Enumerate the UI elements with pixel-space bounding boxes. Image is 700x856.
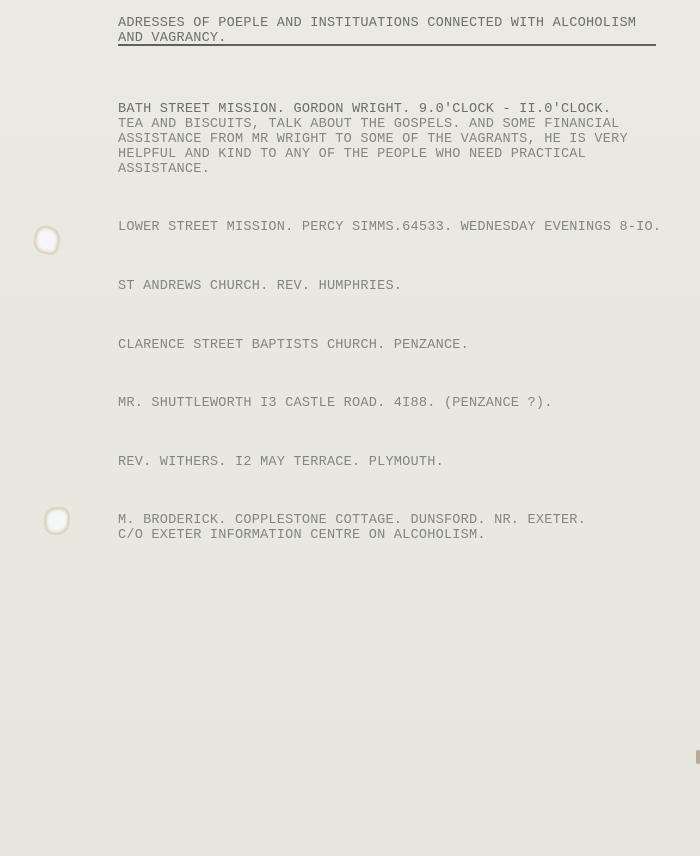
- document-title-line-1: ADRESSES OF POEPLE AND INSTITUATIONS CON…: [118, 16, 636, 32]
- entry-line: M. BRODERICK. COPPLESTONE COTTAGE. DUNSF…: [118, 513, 586, 529]
- paper-edge-mark: [696, 750, 700, 764]
- entry-line: LOWER STREET MISSION. PERCY SIMMS.64533.…: [118, 220, 661, 236]
- entry-line: ASSISTANCE FROM MR WRIGHT TO SOME OF THE…: [118, 132, 628, 148]
- title-underline: [118, 44, 656, 46]
- entry-line: C/O EXETER INFORMATION CENTRE ON ALCOHOL…: [118, 528, 486, 544]
- typed-document-page: ADRESSES OF POEPLE AND INSTITUATIONS CON…: [0, 0, 700, 856]
- punch-hole: [31, 224, 62, 257]
- entry-line: MR. SHUTTLEWORTH I3 CASTLE ROAD. 4I88. (…: [118, 396, 553, 412]
- entry-line: ST ANDREWS CHURCH. REV. HUMPHRIES.: [118, 279, 402, 295]
- entry-line: HELPFUL AND KIND TO ANY OF THE PEOPLE WH…: [118, 147, 586, 163]
- entry-line: CLARENCE STREET BAPTISTS CHURCH. PENZANC…: [118, 338, 469, 354]
- punch-hole: [44, 507, 70, 535]
- entry-line: TEA AND BISCUITS, TALK ABOUT THE GOSPELS…: [118, 117, 619, 133]
- entry-line: REV. WITHERS. I2 MAY TERRACE. PLYMOUTH.: [118, 455, 444, 471]
- entry-line: BATH STREET MISSION. GORDON WRIGHT. 9.0'…: [118, 102, 611, 118]
- entry-line: ASSISTANCE.: [118, 162, 210, 178]
